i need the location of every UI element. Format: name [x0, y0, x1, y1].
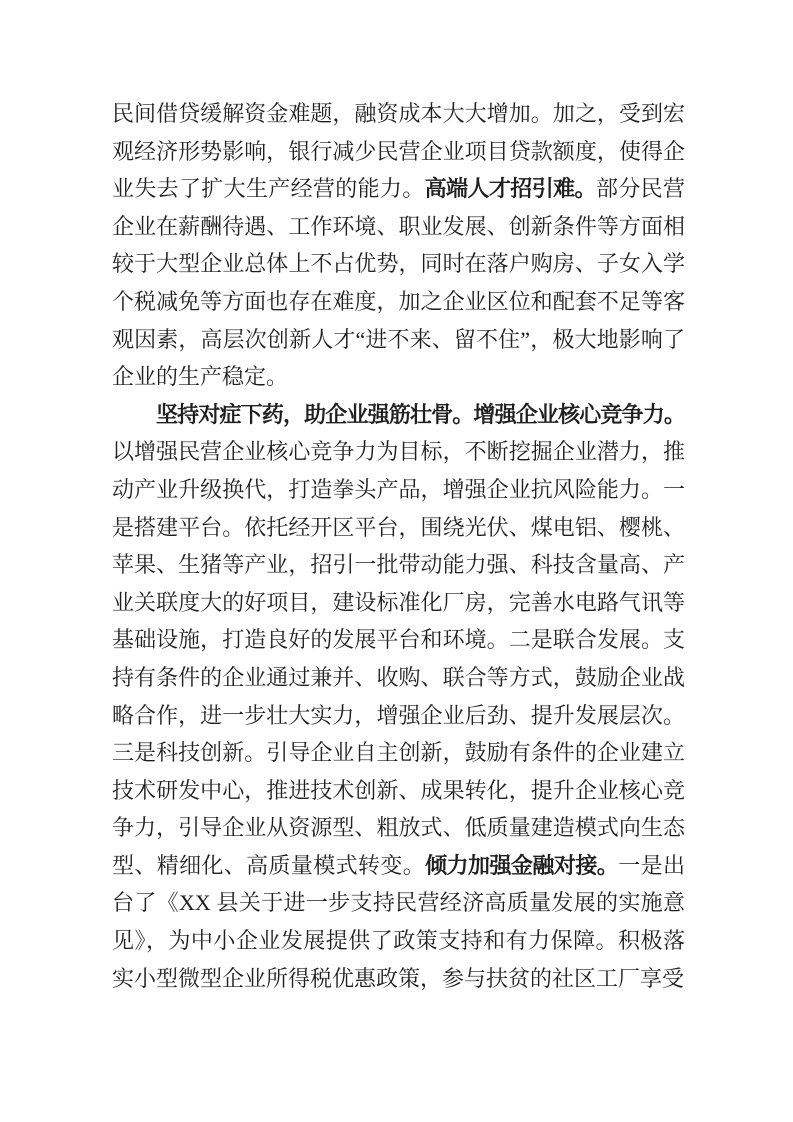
bold-heading-run: 坚持对症下药，助企业强筋壮骨。增强企业核心竞争力。: [156, 402, 685, 427]
text-run: 以增强民营企业核心竞争力为目标，不断挖掘企业潜力，推动产业升级换代，打造拳头产品…: [112, 439, 685, 878]
paragraph-remedial-measures: 坚持对症下药，助企业强筋壮骨。增强企业核心竞争力。以增强民营企业核心竞争力为目标…: [112, 396, 685, 998]
bold-heading-run: 高端人才招引难。: [425, 176, 596, 201]
document-page: 民间借贷缓解资金难题，融资成本大大增加。加之，受到宏观经济形势影响，银行减少民营…: [0, 0, 793, 1122]
bold-heading-run: 倾力加强金融对接。: [425, 853, 618, 878]
document-body: 民间借贷缓解资金难题，融资成本大大增加。加之，受到宏观经济形势影响，银行减少民营…: [112, 95, 685, 997]
text-run: 部分民营企业在薪酬待遇、工作环境、职业发展、创新条件等方面相较于大型企业总体上不…: [112, 176, 685, 389]
paragraph-financing-and-talent-difficulties: 民间借贷缓解资金难题，融资成本大大增加。加之，受到宏观经济形势影响，银行减少民营…: [112, 95, 685, 396]
